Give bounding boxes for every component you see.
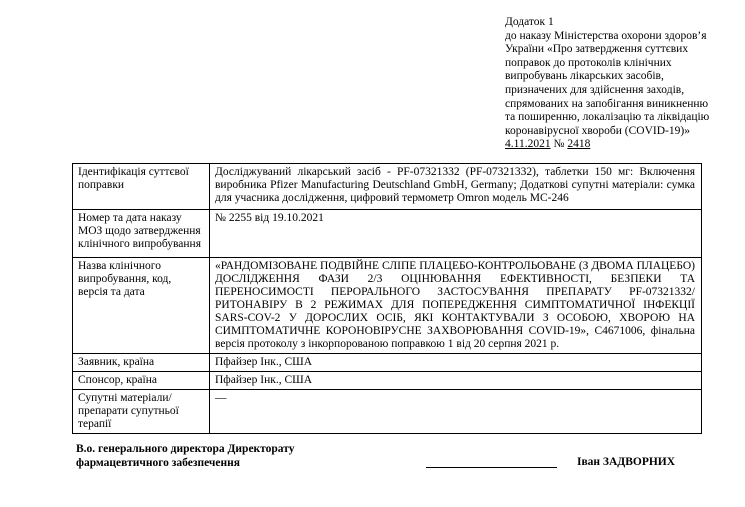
order-date: 4.11.2021 bbox=[505, 138, 551, 150]
order-number: 2418 bbox=[567, 138, 590, 150]
amendment-table: Ідентифікація суттєвої поправки Досліджу… bbox=[72, 163, 702, 434]
row-label: Назва клінічного випробування, код, верс… bbox=[73, 258, 210, 354]
header-line: поправок до протоколів клінічних bbox=[505, 57, 739, 71]
signature-line bbox=[426, 452, 557, 468]
signatory-title-line: В.о. генерального директора Директорату bbox=[76, 443, 416, 457]
row-label: Спонсор, країна bbox=[73, 372, 210, 390]
table-row: Спонсор, країна Пфайзер Інк., США bbox=[73, 372, 702, 390]
row-value: Пфайзер Інк., США bbox=[210, 372, 702, 390]
table-row: Назва клінічного випробування, код, верс… bbox=[73, 258, 702, 354]
row-value: «РАНДОМІЗОВАНЕ ПОДВІЙНЕ СЛІПЕ ПЛАЦЕБО-КО… bbox=[210, 258, 702, 354]
header-line: випробувань лікарських засобів, bbox=[505, 70, 739, 84]
order-reference: 4.11.2021 № 2418 bbox=[505, 138, 739, 152]
row-value: Пфайзер Інк., США bbox=[210, 354, 702, 372]
row-value: — bbox=[210, 390, 702, 434]
header-line: України «Про затвердження суттєвих bbox=[505, 43, 739, 57]
row-label: Супутні матеріали/препарати супутньої те… bbox=[73, 390, 210, 434]
header-line: призначених для здійснення заходів, bbox=[505, 84, 739, 98]
table-row: Супутні матеріали/препарати супутньої те… bbox=[73, 390, 702, 434]
document-page: Додаток 1 до наказу Міністерства охорони… bbox=[0, 0, 745, 507]
number-sign: № bbox=[553, 138, 564, 150]
appendix-header: Додаток 1 до наказу Міністерства охорони… bbox=[505, 16, 739, 152]
header-line: Додаток 1 bbox=[505, 16, 739, 30]
signatory-title: В.о. генерального директора Директорату … bbox=[76, 443, 416, 470]
row-value: № 2255 від 19.10.2021 bbox=[210, 210, 702, 258]
table-row: Заявник, країна Пфайзер Інк., США bbox=[73, 354, 702, 372]
signatory-name: Іван ЗАДВОРНИХ bbox=[577, 456, 675, 470]
row-label: Номер та дата наказу МОЗ щодо затверджен… bbox=[73, 210, 210, 258]
header-line: коронавірусної хвороби (COVID-19)» bbox=[505, 125, 739, 139]
table-row: Номер та дата наказу МОЗ щодо затверджен… bbox=[73, 210, 702, 258]
row-value: Досліджуваний лікарський засіб - PF-0732… bbox=[210, 164, 702, 210]
header-line: спрямованих на запобігання виникненню bbox=[505, 98, 739, 112]
header-line: та поширенню, локалізацію та ліквідацію bbox=[505, 111, 739, 125]
row-label: Ідентифікація суттєвої поправки bbox=[73, 164, 210, 210]
table-row: Ідентифікація суттєвої поправки Досліджу… bbox=[73, 164, 702, 210]
row-label: Заявник, країна bbox=[73, 354, 210, 372]
header-line: до наказу Міністерства охорони здоров’я bbox=[505, 30, 739, 44]
signatory-title-line: фармацевтичного забезпечення bbox=[76, 457, 416, 471]
